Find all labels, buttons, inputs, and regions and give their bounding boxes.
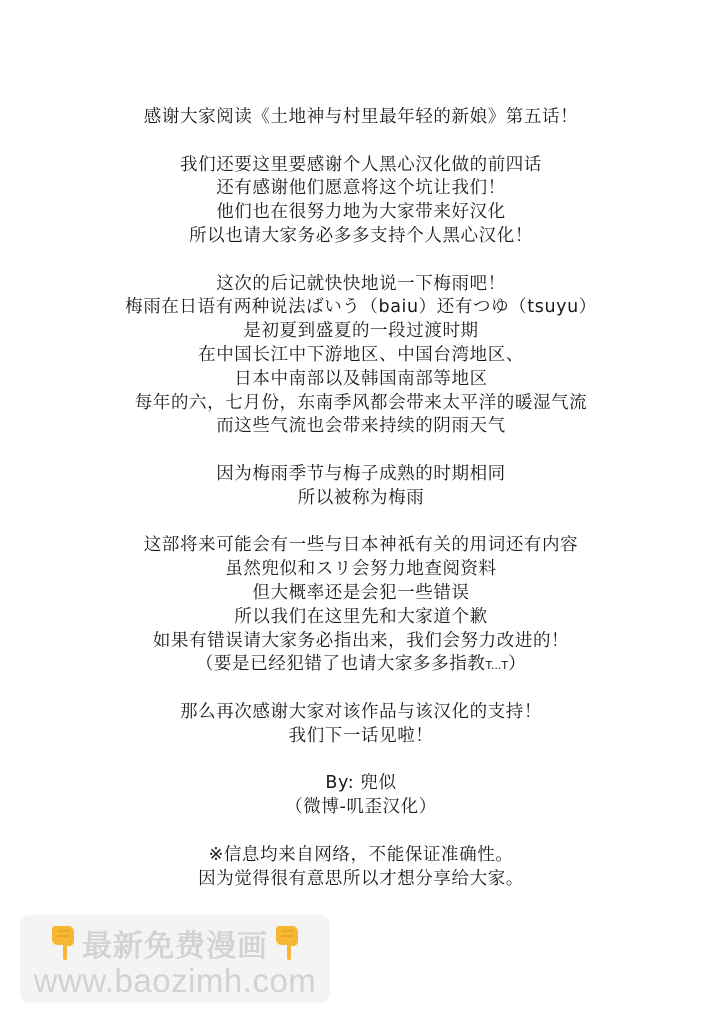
tsuyu-line: 在中国长江中下游地区、中国台湾地区、 (0, 344, 722, 368)
apology-last-text: （要是已经犯错了也请大家多多指教 (196, 654, 486, 674)
watermark-headline: 最新免费漫画 (82, 921, 268, 965)
closing-line: 我们下一话见啦！ (0, 725, 722, 749)
spacer (0, 249, 722, 273)
spacer (0, 439, 722, 463)
thanks-line: 所以也请大家务必多多支持个人黑心汉化！ (0, 225, 722, 249)
credit-group: （微博-叽歪汉化） (0, 796, 722, 820)
watermark-url[interactable]: www.baozimh.com (20, 963, 330, 999)
apology-last-line: （要是已经犯错了也请大家多多指教T...T） (0, 653, 722, 677)
apology-line: 虽然兜似和スリ会努力地查阅资料 (0, 558, 722, 582)
tsuyu-line: 是初夏到盛夏的一段过渡时期 (0, 320, 722, 344)
crying-emoticon: T...T (485, 659, 508, 672)
spacer (0, 749, 722, 773)
watermark-headline-row: 最新免费漫画 (20, 923, 330, 963)
afterword-text: 感谢大家阅读《土地神与村里最年轻的新娘》第五话！ 我们还要这里要感谢个人黑心汉化… (0, 106, 722, 891)
site-watermark[interactable]: 最新免费漫画 www.baozimh.com (20, 915, 330, 1003)
tsuyu-line: 每年的六，七月份，东南季风都会带来太平洋的暖湿气流 (0, 392, 722, 416)
apology-line: 但大概率还是会犯一些错误 (0, 582, 722, 606)
credit-author: By: 兜似 (0, 772, 722, 796)
thanks-line: 我们还要这里要感谢个人黑心汉化做的前四话 (0, 154, 722, 178)
tsuyu-line: 而这些气流也会带来持续的阴雨天气 (0, 415, 722, 439)
thanks-line: 还有感谢他们愿意将这个坑让我们！ (0, 177, 722, 201)
tsuyu-line: 这次的后记就快快地说一下梅雨吧！ (0, 273, 722, 297)
disclaimer-line: ※信息均来自网络，不能保证准确性。 (0, 844, 722, 868)
name-origin-line: 所以被称为梅雨 (0, 487, 722, 511)
apology-line: 如果有错误请大家务必指出来，我们会努力改进的！ (0, 630, 722, 654)
afterword-title: 感谢大家阅读《土地神与村里最年轻的新娘》第五话！ (0, 106, 722, 130)
tsuyu-line: 梅雨在日语有两种说法ばいう（baiu）还有つゆ（tsuyu） (0, 296, 722, 320)
disclaimer-line: 因为觉得很有意思所以才想分享给大家。 (0, 868, 722, 892)
spacer (0, 677, 722, 701)
apology-line: 所以我们在这里先和大家道个歉 (0, 606, 722, 630)
spacer (0, 820, 722, 844)
closing-line: 那么再次感谢大家对该作品与该汉化的支持！ (0, 701, 722, 725)
spacer (0, 130, 722, 154)
spacer (0, 511, 722, 535)
close-paren: ） (508, 654, 526, 674)
thanks-line: 他们也在很努力地为大家带来好汉化 (0, 201, 722, 225)
pointing-down-hand-icon (48, 925, 78, 961)
pointing-down-hand-icon (272, 925, 302, 961)
tsuyu-line: 日本中南部以及韩国南部等地区 (0, 368, 722, 392)
apology-line: 这部将来可能会有一些与日本神祇有关的用词还有内容 (0, 534, 722, 558)
name-origin-line: 因为梅雨季节与梅子成熟的时期相同 (0, 463, 722, 487)
